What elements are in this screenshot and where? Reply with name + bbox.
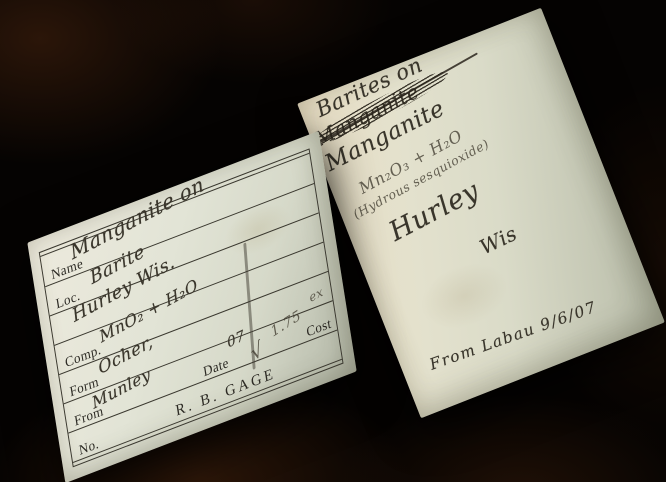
paper-stain <box>411 252 517 341</box>
left-label-card: Name Loc. Comp. Form From Date Cost <box>27 131 356 482</box>
photo-scene: Barites on Manganite Manganite Mn₂O₃ + H… <box>0 0 666 482</box>
hw-locality-state: Wis <box>476 221 521 259</box>
form-field-label-no: No. <box>78 435 100 459</box>
hw-source-date: From Labau 9/6/07 <box>427 298 599 374</box>
